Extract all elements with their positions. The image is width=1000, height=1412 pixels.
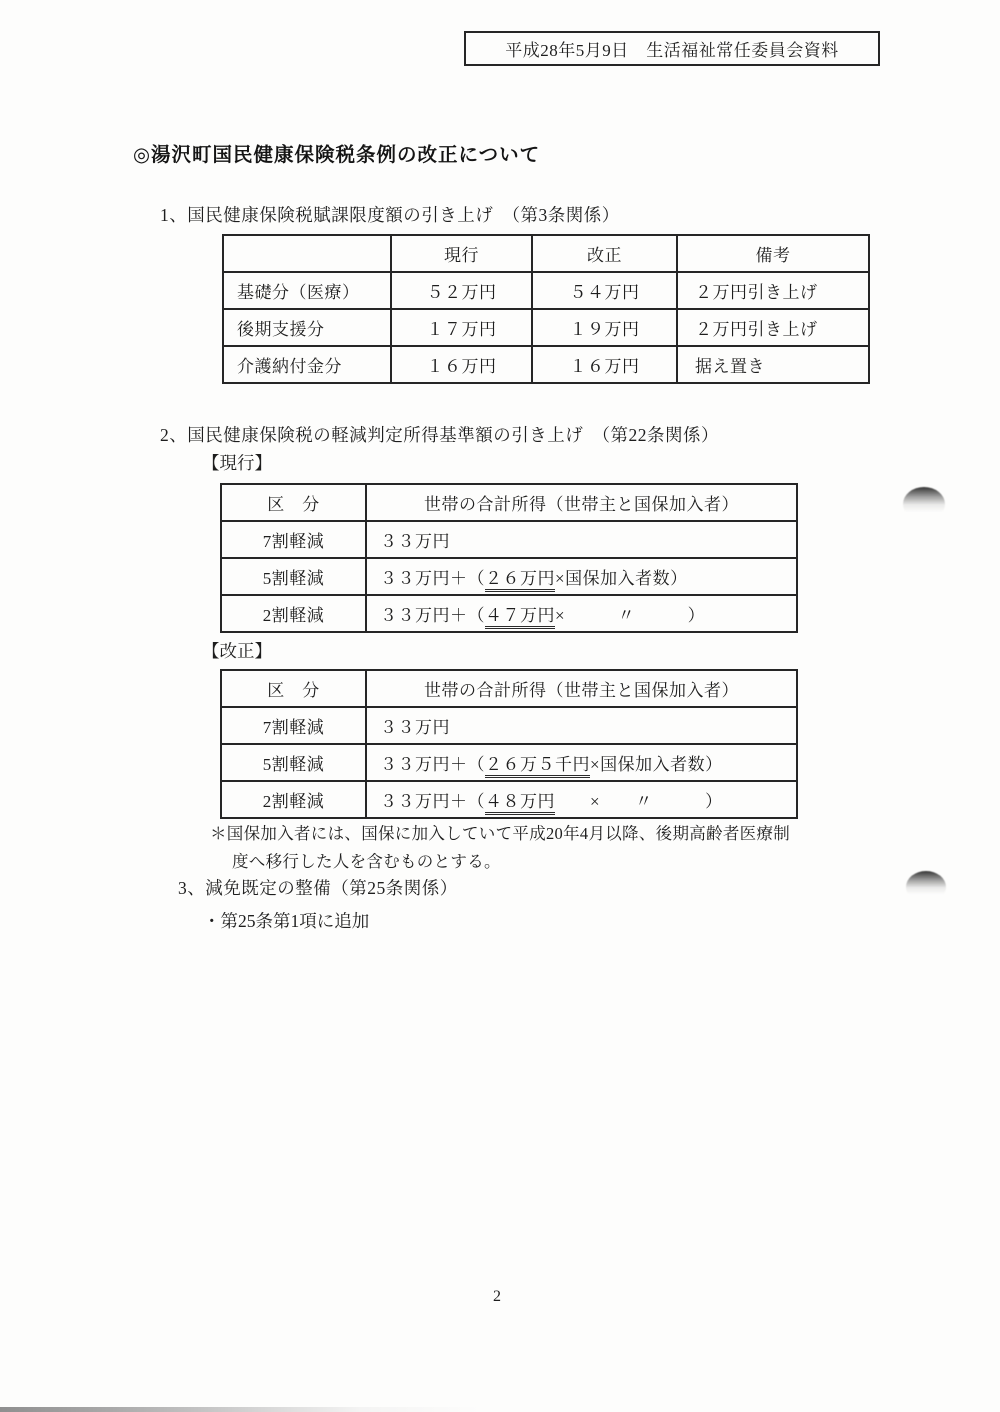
category-cell: 5割軽減 (221, 558, 366, 595)
table-row: 基礎分（医療） ５２万円 ５４万円 ２万円引き上げ (223, 272, 869, 309)
remarks-cell: 据え置き (677, 346, 869, 383)
revised-label: 【改正】 (202, 638, 272, 663)
row-label-cell: 後期支援分 (223, 309, 391, 346)
current-value-cell: １７万円 (391, 309, 532, 346)
page-number: 2 (0, 1288, 994, 1306)
header-box-text: 平成28年5月9日 生活福祉常任委員会資料 (505, 36, 839, 61)
remarks-cell: ２万円引き上げ (677, 309, 869, 346)
income-cell: ３３万円＋（２６万円×国保加入者数） (366, 558, 797, 595)
table-row: 後期支援分 １７万円 １９万円 ２万円引き上げ (223, 309, 869, 346)
current-label: 【現行】 (202, 450, 272, 475)
punch-hole-shadow (906, 871, 946, 903)
category-cell: 7割軽減 (221, 707, 366, 744)
footnote-line2: 度へ移行した人を含むものとする。 (232, 848, 501, 872)
tax-limit-table: 現行 改正 備考 基礎分（医療） ５２万円 ５４万円 ２万円引き上げ 後期支援分… (222, 234, 870, 384)
section3-item: ・第25条第1項に追加 (203, 908, 369, 933)
income-text: ３３万円＋（ (380, 792, 485, 811)
income-text: ３３万円 (380, 532, 450, 551)
category-cell: 2割軽減 (221, 781, 366, 818)
table-header-row: 現行 改正 備考 (223, 235, 869, 272)
income-text: ３３万円＋（ (380, 569, 485, 588)
table-header-row: 区 分 世帯の合計所得（世帯主と国保加入者） (221, 670, 797, 707)
income-cell: ３３万円＋（４８万円 × 〃 ） (366, 781, 797, 818)
income-cell: ３３万円＋（２６万５千円×国保加入者数） (366, 744, 797, 781)
header-cell-blank (223, 235, 391, 272)
table-row: 7割軽減 ３３万円 (221, 521, 797, 558)
table-row: 2割軽減 ３３万円＋（４７万円× 〃 ） (221, 595, 797, 632)
row-label-cell: 介護納付金分 (223, 346, 391, 383)
header-cell-income: 世帯の合計所得（世帯主と国保加入者） (366, 670, 797, 707)
footnote-line1: ＊国保加入者には、国保に加入していて平成20年4月以降、後期高齢者医療制 (210, 820, 790, 844)
header-cell-category: 区 分 (221, 484, 366, 521)
table-header-row: 区 分 世帯の合計所得（世帯主と国保加入者） (221, 484, 797, 521)
income-text: ×国保加入者数） (555, 569, 688, 588)
income-text: ３３万円 (380, 718, 450, 737)
table-row: 2割軽減 ３３万円＋（４８万円 × 〃 ） (221, 781, 797, 818)
section2-heading: 2、国民健康保険税の軽減判定所得基準額の引き上げ （第22条関係） (160, 422, 719, 447)
reduction-revised-table: 区 分 世帯の合計所得（世帯主と国保加入者） 7割軽減 ３３万円 5割軽減 ３３… (220, 669, 798, 819)
underlined-value: ４７万円 (485, 606, 555, 629)
header-cell-current: 現行 (391, 235, 532, 272)
income-text: ３３万円＋（ (380, 606, 485, 625)
table-row: 介護納付金分 １６万円 １６万円 据え置き (223, 346, 869, 383)
income-cell: ３３万円＋（４７万円× 〃 ） (366, 595, 797, 632)
underlined-value: ２６万円 (485, 569, 555, 592)
income-text: × 〃 ） (555, 792, 723, 811)
income-cell: ３３万円 (366, 521, 797, 558)
page-title: ◎湯沢町国民健康保険税条例の改正について (133, 139, 540, 167)
row-label-cell: 基礎分（医療） (223, 272, 391, 309)
table-row: 5割軽減 ３３万円＋（２６万円×国保加入者数） (221, 558, 797, 595)
section1-heading: 1、国民健康保険税賦課限度額の引き上げ （第3条関係） (160, 202, 620, 227)
current-value-cell: ５２万円 (391, 272, 532, 309)
revised-value-cell: １６万円 (532, 346, 677, 383)
remarks-cell: ２万円引き上げ (677, 272, 869, 309)
revised-value-cell: １９万円 (532, 309, 677, 346)
income-text: ×国保加入者数） (590, 755, 723, 774)
header-cell-revised: 改正 (532, 235, 677, 272)
section3-heading: 3、減免既定の整備（第25条関係） (178, 875, 458, 900)
header-cell-category: 区 分 (221, 670, 366, 707)
scan-edge-artifact (0, 1407, 600, 1412)
reduction-current-table: 区 分 世帯の合計所得（世帯主と国保加入者） 7割軽減 ３３万円 5割軽減 ３３… (220, 483, 798, 633)
header-box: 平成28年5月9日 生活福祉常任委員会資料 (464, 31, 880, 66)
underlined-value: ２６万５千円 (485, 755, 590, 778)
income-text: × 〃 ） (555, 606, 705, 625)
table-row: 5割軽減 ３３万円＋（２６万５千円×国保加入者数） (221, 744, 797, 781)
underlined-value: ４８万円 (485, 792, 555, 815)
category-cell: 5割軽減 (221, 744, 366, 781)
income-text: ３３万円＋（ (380, 755, 485, 774)
current-value-cell: １６万円 (391, 346, 532, 383)
scanned-document-page: 平成28年5月9日 生活福祉常任委員会資料 ◎湯沢町国民健康保険税条例の改正につ… (0, 0, 1000, 1412)
income-cell: ３３万円 (366, 707, 797, 744)
category-cell: 7割軽減 (221, 521, 366, 558)
header-cell-income: 世帯の合計所得（世帯主と国保加入者） (366, 484, 797, 521)
table-row: 7割軽減 ３３万円 (221, 707, 797, 744)
category-cell: 2割軽減 (221, 595, 366, 632)
revised-value-cell: ５４万円 (532, 272, 677, 309)
header-cell-remarks: 備考 (677, 235, 869, 272)
punch-hole-shadow (903, 487, 945, 521)
